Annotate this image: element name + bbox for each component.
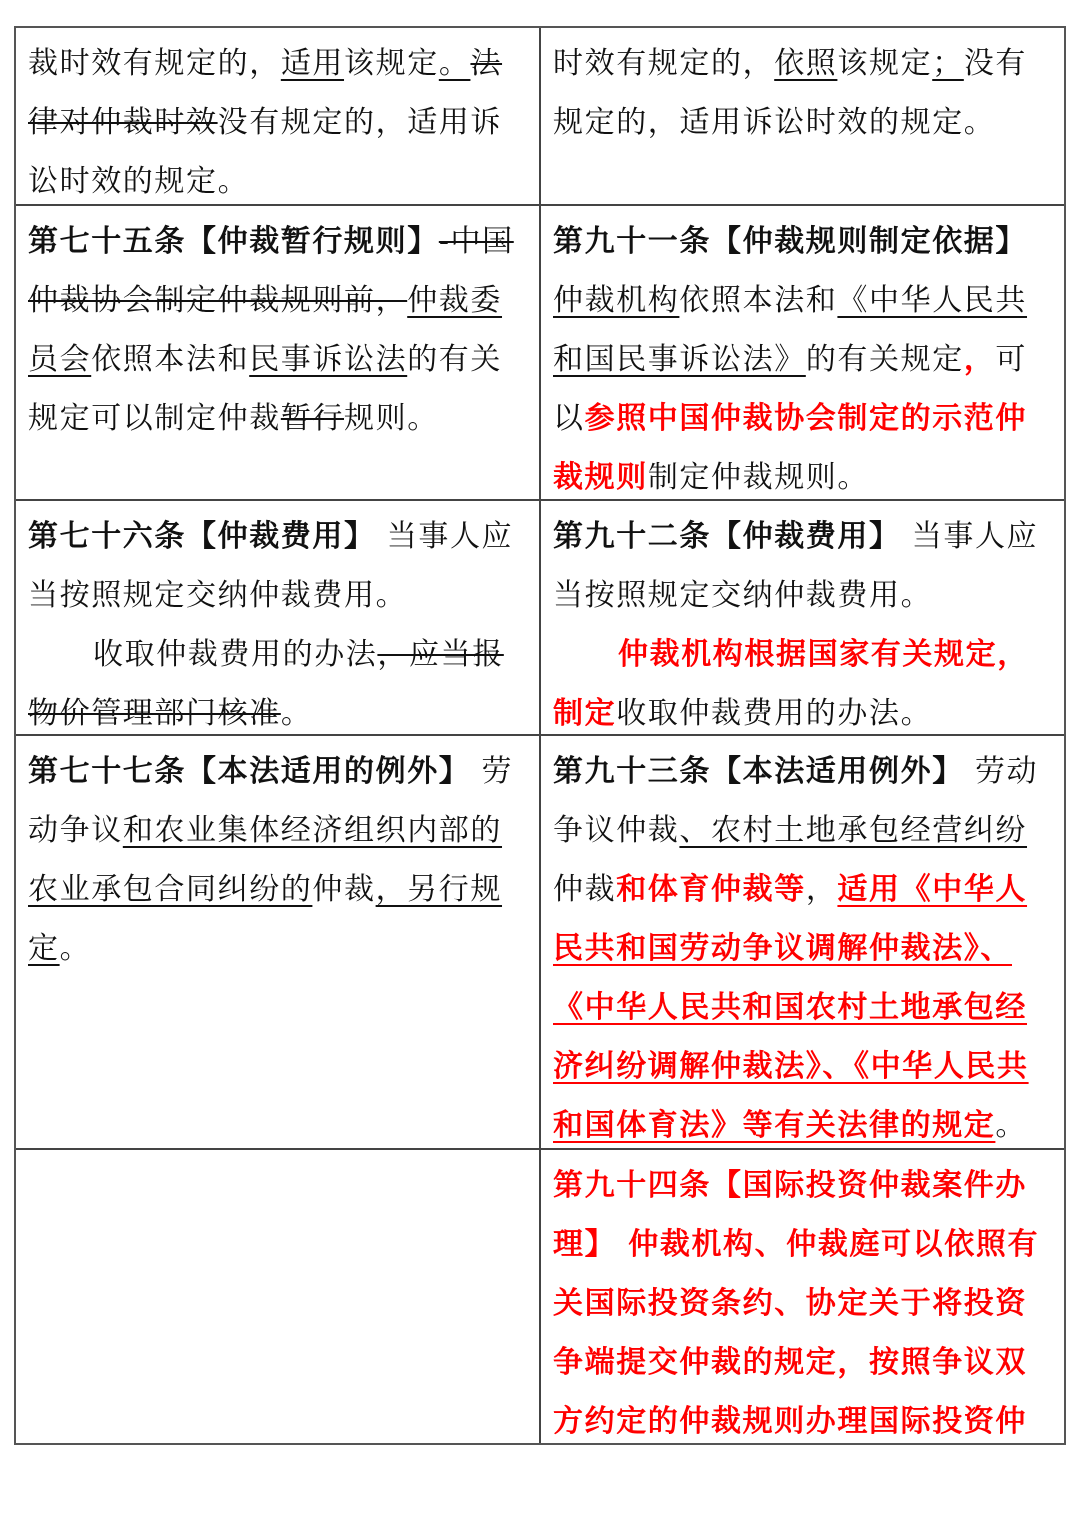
text-segment: 依照本法和 — [679, 283, 837, 318]
text-segment: 依照本法和 — [91, 342, 249, 377]
text-segment: 的有关 — [407, 342, 502, 377]
text-line: 裁规则制定仲裁规则。 — [553, 448, 1052, 499]
text-line: 济纠纷调解仲裁法》、《中华人民共 — [553, 1037, 1052, 1096]
table-row: 第七十六条【仲裁费用】 当事人应当按照规定交纳仲裁费用。收取仲裁费用的办法，应当… — [16, 499, 1064, 734]
text-line: 收取仲裁费用的办法，应当报 — [28, 625, 527, 684]
text-line: 第九十一条【仲裁规则制定依据】 — [553, 212, 1052, 271]
text-line: 和国民事诉讼法》的有关规定，可 — [553, 330, 1052, 389]
original-article-cell — [16, 1150, 541, 1443]
text-segment: 规定的，适用诉讼时效的规定。 — [553, 105, 995, 140]
text-segment: 没有 — [964, 46, 1027, 81]
text-line: 定。 — [28, 919, 527, 978]
deleted-text: 律对仲裁时效 — [28, 105, 218, 140]
modified-text: 定 — [28, 931, 60, 966]
text-line: 当按照规定交纳仲裁费用。 — [28, 566, 527, 625]
text-segment: 。 — [281, 696, 313, 731]
revised-article-cell: 第九十一条【仲裁规则制定依据】仲裁机构依照本法和《中华人民共和国民事诉讼法》的有… — [541, 206, 1064, 499]
text-segment: 。 — [995, 1108, 1027, 1143]
added-text: 裁规则 — [553, 460, 648, 495]
text-segment: 争议仲裁 — [553, 813, 679, 848]
added-text: 方约定的仲裁规则办理国际投资仲 — [553, 1404, 1027, 1439]
text-line: 以参照中国仲裁协会制定的示范仲 — [553, 389, 1052, 448]
text-line: 《中华人民共和国农村土地承包经 — [553, 978, 1052, 1037]
table-row: 第七十五条【仲裁暂行规则】-中国仲裁协会制定仲裁规则前，仲裁委员会依照本法和民事… — [16, 204, 1064, 499]
text-segment: 没有规定的，适用诉 — [218, 105, 502, 140]
modified-text: 和国民事诉讼法》 — [553, 342, 806, 377]
text-segment: 劳 — [470, 754, 513, 789]
text-segment: 裁时效有规定的， — [28, 46, 281, 81]
text-line: 律对仲裁时效没有规定的，适用诉 — [28, 93, 527, 152]
text-line: 第七十六条【仲裁费用】 当事人应 — [28, 507, 527, 566]
added-text: 民共和国劳动争议调解仲裁法》、 — [553, 931, 1012, 966]
text-line: 制定收取仲裁费用的办法。 — [553, 684, 1052, 734]
modified-text: 《中华人民共 — [837, 283, 1027, 318]
original-article-cell: 裁时效有规定的，适用该规定。法律对仲裁时效没有规定的，适用诉讼时效的规定。 — [16, 28, 541, 204]
added-text: 和体育仲裁等 — [616, 872, 806, 907]
text-segment: 第七十七条【本法适用的例外】 — [28, 754, 470, 789]
text-segment: 规定可以制定仲裁 — [28, 401, 281, 436]
text-line: 讼时效的规定。 — [28, 152, 527, 204]
added-text: 第九十四条【国际投资仲裁案件办 — [553, 1168, 1027, 1203]
text-line: 当按照规定交纳仲裁费用。 — [553, 566, 1052, 625]
text-segment: 仲裁 — [312, 872, 375, 907]
text-segment: 的有关规定 — [806, 342, 964, 377]
text-segment: 劳动 — [964, 754, 1038, 789]
text-segment: 以 — [553, 401, 585, 436]
added-text: 争端提交仲裁的规定，按照争议双 — [553, 1345, 1027, 1380]
text-segment: 制定仲裁规则。 — [648, 460, 869, 495]
text-line: 第九十四条【国际投资仲裁案件办 — [553, 1156, 1052, 1215]
text-line: 第七十五条【仲裁暂行规则】-中国 — [28, 212, 527, 271]
added-text: 关国际投资条约、协定关于将投资 — [553, 1286, 1027, 1321]
added-text: 制定 — [553, 696, 616, 731]
text-line: 争端提交仲裁的规定，按照争议双 — [553, 1333, 1052, 1392]
text-line: 民共和国劳动争议调解仲裁法》、 — [553, 919, 1052, 978]
text-segment: 当事人应 — [376, 519, 514, 554]
text-segment: 第九十一条【仲裁规则制定依据】 — [553, 224, 1027, 259]
table-row: 裁时效有规定的，适用该规定。法律对仲裁时效没有规定的，适用诉讼时效的规定。时效有… — [16, 28, 1064, 204]
text-segment: 动争议 — [28, 813, 123, 848]
text-line: 方约定的仲裁规则办理国际投资仲 — [553, 1392, 1052, 1443]
original-article-cell: 第七十七条【本法适用的例外】 劳动争议和农业集体经济组织内部的农业承包合同纠纷的… — [16, 736, 541, 1148]
text-line: 理】 仲裁机构、仲裁庭可以依照有 — [553, 1215, 1052, 1274]
modified-text: 、农村土地承包经营纠纷 — [679, 813, 1027, 848]
revised-article-cell: 第九十四条【国际投资仲裁案件办理】 仲裁机构、仲裁庭可以依照有关国际投资条约、协… — [541, 1150, 1064, 1443]
text-segment: 第九十三条【本法适用例外】 — [553, 754, 964, 789]
text-line: 规定可以制定仲裁暂行规则。 — [28, 389, 527, 448]
text-line: 争议仲裁、农村土地承包经营纠纷 — [553, 801, 1052, 860]
modified-text: 依照 — [774, 46, 837, 81]
added-text: 《中华人民共和国农村土地承包经 — [553, 990, 1027, 1025]
text-segment: 第七十六条【仲裁费用】 — [28, 519, 376, 554]
deleted-text: -中国 — [439, 224, 514, 259]
text-line: 仲裁和体育仲裁等，适用《中华人 — [553, 860, 1052, 919]
deleted-text: 仲裁协会制定仲裁规则前， — [28, 283, 407, 318]
text-line: 规定的，适用诉讼时效的规定。 — [553, 93, 1052, 152]
modified-text: 仲裁委 — [407, 283, 502, 318]
text-segment: 当按照规定交纳仲裁费用。 — [553, 578, 932, 613]
text-segment: 。 — [60, 931, 92, 966]
deleted-text: ，应当报 — [377, 637, 503, 672]
modified-text: 民事诉讼法 — [249, 342, 407, 377]
text-line: 和国体育法》等有关法律的规定。 — [553, 1096, 1052, 1148]
added-text: ， — [964, 342, 996, 377]
text-segment: 规则。 — [344, 401, 439, 436]
revised-article-cell: 第九十二条【仲裁费用】 当事人应当按照规定交纳仲裁费用。仲裁机构根据国家有关规定… — [541, 501, 1064, 734]
table-row: 第七十七条【本法适用的例外】 劳动争议和农业集体经济组织内部的农业承包合同纠纷的… — [16, 734, 1064, 1148]
modified-text: 适用 — [281, 46, 344, 81]
added-text: 济纠纷调解仲裁法》、《中华人民共 — [553, 1049, 1029, 1084]
modified-text: 农业承包合同纠纷的 — [28, 872, 312, 907]
text-line: 第九十二条【仲裁费用】 当事人应 — [553, 507, 1052, 566]
text-segment: 第七十五条【仲裁暂行规则】 — [28, 224, 439, 259]
modified-text: 仲裁机构 — [553, 283, 679, 318]
revised-article-cell: 时效有规定的，依照该规定；没有规定的，适用诉讼时效的规定。 — [541, 28, 1064, 204]
text-line: 第九十三条【本法适用例外】 劳动 — [553, 742, 1052, 801]
text-line: 裁时效有规定的，适用该规定。法 — [28, 34, 527, 93]
text-segment: 讼时效的规定。 — [28, 164, 249, 199]
text-line: 仲裁协会制定仲裁规则前，仲裁委 — [28, 271, 527, 330]
text-segment: 可 — [995, 342, 1027, 377]
text-segment: 收取仲裁费用的办法 — [28, 637, 377, 672]
table-row: 第九十四条【国际投资仲裁案件办理】 仲裁机构、仲裁庭可以依照有关国际投资条约、协… — [16, 1148, 1064, 1443]
text-line: 第七十七条【本法适用的例外】 劳 — [28, 742, 527, 801]
text-line: 仲裁机构依照本法和《中华人民共 — [553, 271, 1052, 330]
text-line: 物价管理部门核准。 — [28, 684, 527, 734]
original-article-cell: 第七十六条【仲裁费用】 当事人应当按照规定交纳仲裁费用。收取仲裁费用的办法，应当… — [16, 501, 541, 734]
added-text: 参照中国仲裁协会制定的示范仲 — [585, 401, 1027, 436]
added-text: 理】 仲裁机构、仲裁庭可以依照有 — [553, 1227, 1039, 1262]
deleted-text: 暂行 — [281, 401, 344, 436]
text-line: 时效有规定的，依照该规定；没有 — [553, 34, 1052, 93]
added-text: 和国体育法》等有关法律的规定 — [553, 1108, 995, 1143]
text-segment: ， — [806, 872, 838, 907]
law-comparison-table: 裁时效有规定的，适用该规定。法律对仲裁时效没有规定的，适用诉讼时效的规定。时效有… — [14, 26, 1066, 1445]
text-line: 农业承包合同纠纷的仲裁，另行规 — [28, 860, 527, 919]
text-segment: 当事人应 — [901, 519, 1039, 554]
revised-article-cell: 第九十三条【本法适用例外】 劳动争议仲裁、农村土地承包经营纠纷仲裁和体育仲裁等，… — [541, 736, 1064, 1148]
text-segment: 该规定 — [837, 46, 932, 81]
text-segment: 仲裁 — [553, 872, 616, 907]
text-line: 动争议和农业集体经济组织内部的 — [28, 801, 527, 860]
text-segment: 第九十二条【仲裁费用】 — [553, 519, 901, 554]
text-segment: 收取仲裁费用的办法。 — [616, 696, 932, 731]
deleted-text: 物价管理部门核准 — [28, 696, 281, 731]
deleted-text: 法 — [470, 46, 502, 81]
modified-text: 员会 — [28, 342, 91, 377]
modified-text: 和农业集体经济组织内部的 — [123, 813, 502, 848]
text-segment: 时效有规定的， — [553, 46, 774, 81]
text-line: 员会依照本法和民事诉讼法的有关 — [28, 330, 527, 389]
text-segment: 该规定 — [344, 46, 439, 81]
original-article-cell: 第七十五条【仲裁暂行规则】-中国仲裁协会制定仲裁规则前，仲裁委员会依照本法和民事… — [16, 206, 541, 499]
modified-text: ，另行规 — [376, 872, 502, 907]
text-line: 关国际投资条约、协定关于将投资 — [553, 1274, 1052, 1333]
modified-text: ； — [932, 46, 964, 81]
added-text: 适用《中华人 — [837, 872, 1027, 907]
text-line: 仲裁机构根据国家有关规定， — [553, 625, 1052, 684]
text-segment: 当按照规定交纳仲裁费用。 — [28, 578, 407, 613]
added-text: 仲裁机构根据国家有关规定， — [553, 637, 1029, 672]
modified-text: 。 — [439, 46, 471, 81]
